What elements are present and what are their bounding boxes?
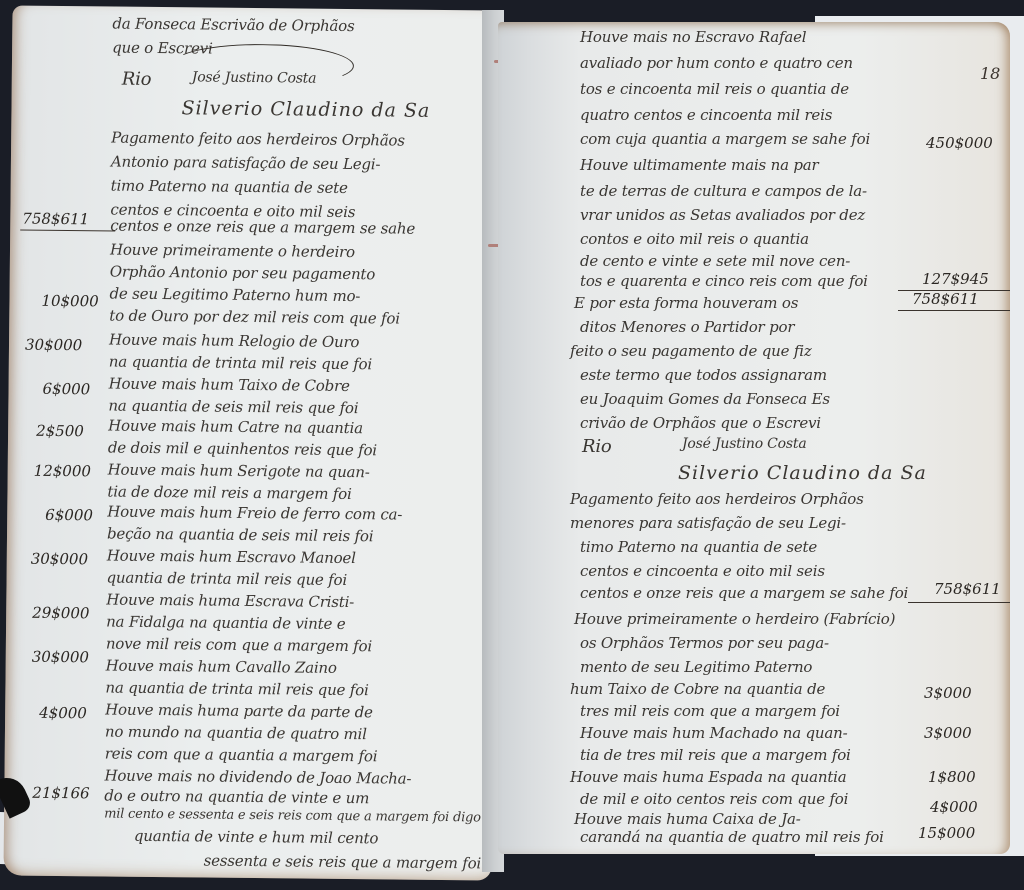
section-title: Silverio Claudino da Sa	[181, 97, 430, 122]
ledger-line: Houve mais hum Catre na quantia	[108, 416, 363, 437]
margin-amount: 29$000	[32, 604, 89, 623]
ledger-line: na Fidalga na quantia de vinte e	[106, 612, 346, 633]
signature-name: José Justino Costa	[192, 69, 317, 86]
ledger-line: Houve mais hum Serigote na quan-	[108, 460, 370, 481]
page-number: 18	[980, 64, 1000, 83]
margin-amount: 30$000	[25, 336, 82, 355]
ledger-line: reis com que a quantia a margem foi	[105, 744, 378, 765]
signature-name: José Justino Costa	[682, 436, 806, 452]
ledger-line: timo Paterno na quantia de sete	[111, 177, 348, 197]
ledger-line: os Orphãos Termos por seu paga-	[580, 634, 829, 652]
margin-amount: 758$611	[912, 290, 979, 308]
ledger-line: Pagamento feito aos herdeiros Orphãos	[570, 490, 864, 508]
ledger-line: Houve mais hum Freio de ferro com ca-	[107, 502, 402, 523]
ledger-line: tia de doze mil reis a margem foi	[107, 482, 351, 503]
ledger-line: tos e cincoenta mil reis o quantia de	[580, 80, 849, 98]
ledger-line: Houve mais hum Machado na quan-	[580, 724, 847, 742]
ledger-line: te de terras de cultura e campos de la-	[580, 182, 867, 200]
ledger-line: beção na quantia de seis mil reis foi	[107, 524, 374, 545]
ledger-line: menores para satisfação de seu Legi-	[570, 514, 846, 532]
ledger-line: Houve mais hum Escravo Manoel	[107, 546, 356, 567]
ledger-line: mento de seu Legitimo Paterno	[580, 658, 812, 676]
signature-rio: Rio	[122, 69, 152, 90]
margin-amount: 3$000	[924, 684, 972, 702]
ledger-line: ditos Menores o Partidor por	[580, 318, 794, 336]
ledger-line: Houve mais hum Relogio de Ouro	[109, 330, 359, 351]
ledger-line: sessenta e seis reis que a margem foi	[204, 852, 482, 873]
ledger-line: centos e onze reis que a margem se sahe …	[580, 584, 908, 602]
ledger-line: de cento e vinte e sete mil nove cen-	[580, 252, 850, 270]
left-page: da Fonseca Escrivão de Orphãos que o Esc…	[3, 5, 500, 880]
ledger-line: na quantia de trinta mil reis que foi	[109, 352, 372, 373]
margin-amount: 10$000	[41, 292, 98, 311]
ledger-line: carandá na quantia de quatro mil reis fo…	[580, 828, 884, 846]
margin-amount: 30$000	[32, 648, 89, 667]
margin-amount: 1$800	[928, 768, 976, 786]
ledger-line: avaliado por hum conto e quatro cen	[580, 54, 853, 72]
ledger-line: Pagamento feito aos herdeiros Orphãos	[111, 129, 405, 150]
ledger-line: Orphão Antonio por seu pagamento	[110, 263, 376, 284]
ledger-line: Houve mais huma Escrava Cristi-	[106, 590, 354, 611]
margin-amount: 12$000	[34, 462, 91, 481]
ledger-line: contos e oito mil reis o quantia	[580, 230, 809, 248]
ledger-line: Houve primeiramente o herdeiro	[110, 241, 355, 262]
ledger-line: E por esta forma houveram os	[574, 294, 798, 312]
ledger-line: hum Taixo de Cobre na quantia de	[570, 680, 825, 698]
ledger-line: quantia de vinte e hum mil cento	[134, 827, 379, 848]
ledger-line: este termo que todos assignaram	[580, 366, 827, 384]
ledger-line: quantia de trinta mil reis que foi	[106, 568, 347, 589]
signature-rio: Rio	[582, 436, 612, 457]
ledger-line: centos e cincoenta e oito mil seis	[580, 562, 825, 580]
margin-amount: 758$611	[934, 580, 1001, 598]
ledger-line: de dois mil e quinhentos reis que foi	[108, 438, 377, 459]
ledger-line: Houve mais no Escravo Rafael	[580, 28, 806, 46]
ledger-line: na quantia de seis mil reis que foi	[108, 396, 358, 417]
ledger-line: no mundo na quantia de quatro mil	[105, 722, 367, 743]
ledger-line: Houve mais hum Cavallo Zaino	[106, 656, 337, 676]
ledger-line: Houve mais huma parte da parte de	[105, 700, 373, 721]
ledger-line: nove mil reis com que a margem foi	[106, 634, 372, 655]
ledger-line: do e outro na quantia de vinte e um	[104, 786, 369, 807]
ledger-line: Antonio para satisfação de seu Legi-	[111, 153, 381, 174]
ledger-line: mil cento e sessenta e seis reis com que…	[104, 806, 481, 825]
ledger-line: crivão de Orphãos que o Escrevi	[580, 414, 821, 432]
ledger-line: eu Joaquim Gomes da Fonseca Es	[580, 390, 830, 408]
ledger-line: Houve mais huma Espada na quantia	[570, 768, 847, 786]
ledger-line: Houve ultimamente mais na par	[580, 156, 819, 174]
margin-amount: 4$000	[39, 704, 87, 722]
ledger-line: Houve mais hum Taixo de Cobre	[109, 374, 350, 395]
ledger-line: tia de tres mil reis que a margem foi	[580, 746, 851, 764]
margin-amount: 21$166	[32, 784, 89, 803]
ledger-line: to de Ouro por dez mil reis com que foi	[109, 306, 400, 327]
ledger-line: com cuja quantia a margem se sahe foi	[580, 130, 870, 148]
right-page: 18 Houve mais no Escravo Rafael avaliado…	[498, 22, 1010, 854]
total-rule	[898, 310, 1010, 311]
margin-amount: 2$500	[36, 422, 84, 440]
margin-amount: 450$000	[926, 134, 993, 152]
ledger-line: feito o seu pagamento de que fiz	[570, 342, 812, 360]
ledger-line: de mil e oito centos reis com que foi	[580, 790, 848, 808]
ledger-line: timo Paterno na quantia de sete	[580, 538, 817, 556]
margin-amount: 15$000	[918, 824, 975, 842]
ledger-line: tres mil reis com que a margem foi	[580, 702, 840, 720]
margin-amount: 127$945	[922, 270, 989, 288]
margin-amount: 30$000	[31, 550, 88, 569]
ledger-line: Houve primeiramente o herdeiro (Fabrício…	[574, 610, 895, 628]
margin-amount: 6$000	[45, 506, 93, 524]
margin-amount: 6$000	[42, 380, 90, 398]
ledger-line: na quantia de trinta mil reis que foi	[105, 678, 368, 699]
total-rule	[20, 230, 115, 232]
ledger-line: quatro centos e cincoenta mil reis	[580, 106, 832, 124]
margin-amount: 3$000	[924, 724, 972, 742]
margin-amount: 4$000	[930, 798, 978, 816]
ledger-line: tos e quarenta e cinco reis com que foi	[580, 272, 868, 290]
ledger-line: Houve mais huma Caixa de Ja-	[574, 810, 801, 828]
section-title: Silverio Claudino da Sa	[678, 462, 927, 484]
ledger-line: centos e onze reis que a margem se sahe	[110, 217, 415, 238]
margin-amount: 758$611	[22, 210, 89, 229]
total-rule	[908, 602, 1010, 603]
heading-line: da Fonseca Escrivão de Orphãos	[112, 15, 354, 36]
ledger-line: de seu Legitimo Paterno hum mo-	[109, 285, 360, 306]
ledger-line: Houve mais no dividendo de Joao Macha-	[104, 766, 411, 787]
ledger-line: vrar unidos as Setas avaliados por dez	[580, 206, 865, 224]
